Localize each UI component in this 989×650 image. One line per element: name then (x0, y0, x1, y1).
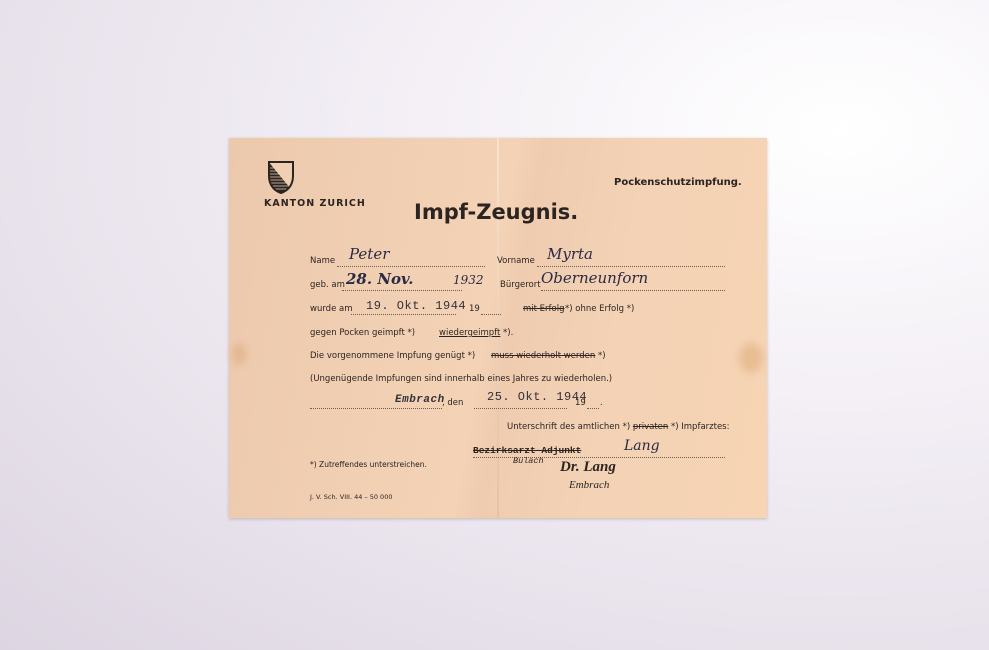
buergerort-value: Oberneunforn (541, 269, 648, 287)
stamp-place: Bulach (513, 456, 544, 466)
ohne-erfolg: *) ohne Erfolg *) (565, 304, 634, 314)
wiedergeimpft-suffix: *). (500, 328, 513, 338)
signature-prefix: Unterschrift des amtlichen *) (507, 422, 630, 432)
muss-suffix: *) (595, 351, 605, 361)
signature-suffix: *) Impfarztes: (668, 422, 729, 432)
vaccinated-year-prefix: 19 (469, 304, 480, 314)
date-year-prefix: 19 (575, 398, 586, 408)
handwritten-signature: Lang (624, 438, 660, 454)
footnote: *) Zutreffendes unterstreichen. (310, 460, 427, 469)
den-label: , den (442, 398, 463, 408)
mit-erfolg-struck: mit Erfolg (523, 304, 565, 314)
stamp-title-struck: Bezirksarzt-Adjunkt (473, 445, 581, 456)
wiedergeimpft-underlined: wiedergeimpft (439, 328, 500, 338)
print-code: J. V. Sch. VIII. 44 – 50 000 (310, 493, 392, 501)
buergerort-label: Bürgerort (500, 280, 541, 290)
vaccination-certificate: KANTON ZURICH Pockenschutzimpfung. Impf-… (229, 138, 767, 518)
born-label: geb. am (310, 280, 345, 290)
document-subject: Pockenschutzimpfung. (614, 177, 742, 188)
canton-name: KANTON ZURICH (264, 198, 366, 209)
doctor-name-stamp: Dr. Lang (560, 459, 616, 476)
genuegt-line: Die vorgenommene Impfung genügt *) (310, 351, 475, 361)
date-stamp: 25. Okt. 1944 (487, 390, 587, 404)
vaccinated-date-stamp: 19. Okt. 1944 (366, 299, 466, 313)
vorname-label: Vorname (497, 256, 535, 266)
name-label: Name (310, 256, 335, 266)
zurich-crest-icon (267, 160, 295, 194)
name-line (337, 266, 485, 267)
privaten-struck: privaten (633, 422, 668, 432)
date-line (474, 408, 567, 409)
pocken-line: gegen Pocken geimpft *) (310, 328, 415, 338)
muss-wiederholt-struck: muss wiederholt werden (491, 351, 595, 361)
name-value: Peter (349, 245, 389, 263)
vaccinated-label: wurde am (310, 304, 353, 314)
document-title: Impf-Zeugnis. (414, 200, 578, 224)
stain (739, 343, 763, 373)
vorname-line (537, 266, 725, 267)
date-end: . (600, 398, 603, 408)
born-value: 28. Nov. (346, 270, 413, 288)
doctor-place-stamp: Embrach (569, 479, 609, 491)
place-line (310, 408, 442, 409)
born-year: 1932 (453, 273, 484, 287)
vorname-value: Myrta (547, 245, 593, 263)
signature-caption: Unterschrift des amtlichen *) privaten *… (507, 422, 729, 432)
wiedergeimpft-line: wiedergeimpft *). (439, 328, 513, 338)
note-line: (Ungenügende Impfungen sind innerhalb ei… (310, 374, 612, 384)
stain (232, 343, 246, 365)
buergerort-line (541, 290, 725, 291)
born-line (342, 290, 462, 291)
vaccinated-year-line (481, 314, 501, 315)
vaccinated-line (351, 314, 456, 315)
muss-line: muss wiederholt werden *) (491, 351, 606, 361)
place-value: Embrach (395, 394, 445, 406)
date-year-line (587, 408, 599, 409)
signature-line (473, 457, 725, 458)
